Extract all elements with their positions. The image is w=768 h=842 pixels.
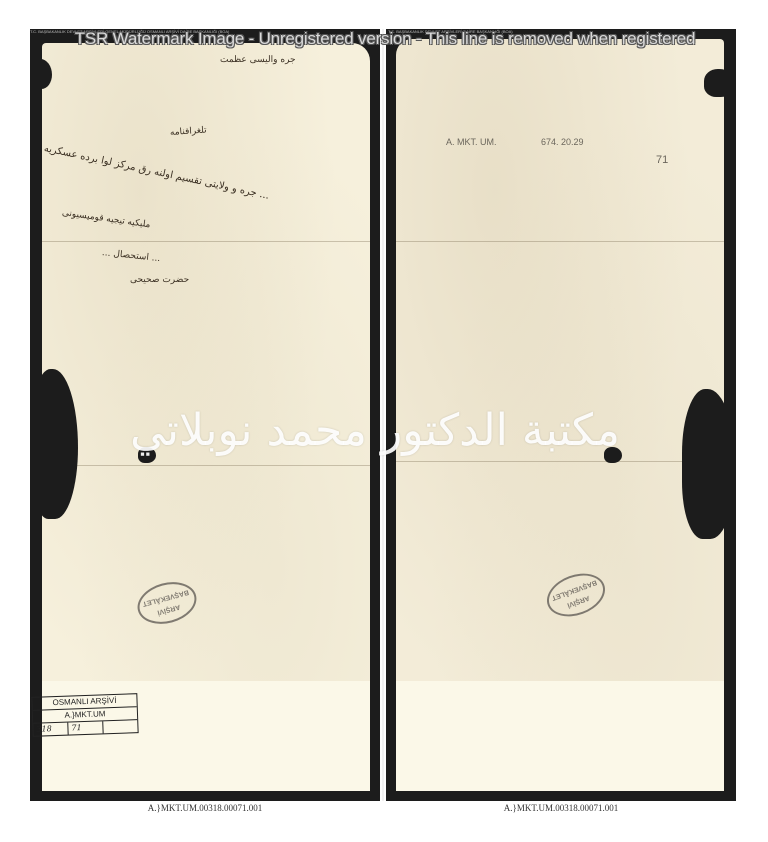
archive-label-file-number: 71 (68, 721, 103, 734)
arabic-library-watermark: مكتبة الدكتور محمد نوبلاتي (30, 405, 720, 456)
fold-line (396, 461, 724, 462)
fold-line (42, 241, 370, 242)
handwriting-line: ... استحصال ... (101, 248, 160, 264)
archive-stamp-oval: ARŞİVİ BAŞVEKÂLET (541, 566, 611, 624)
pencil-note-number: 674. 20.29 (541, 137, 584, 147)
caption-back: A.}MKT.UM.00318.00071.001 (386, 803, 736, 813)
unregistered-watermark-banner: TSR Watermark Image - Unregistered versi… (40, 29, 730, 49)
archive-label-box-number: 318 (33, 723, 68, 736)
handwriting-line: جره و ولایتی تقسیم اولنه رق مرکز لوا برد… (43, 143, 339, 216)
archive-stamp-oval: ARŞİVİ BAŞVEKÂLET (133, 576, 201, 630)
caption-front: A.}MKT.UM.00318.00071.001 (30, 803, 380, 813)
handwriting-line: تلغرافنامه (170, 125, 207, 138)
fold-line (396, 241, 724, 242)
handwriting-line: جره والیسی عظمت (220, 55, 296, 65)
damage-hole (30, 59, 52, 89)
pencil-note-reference: A. MKT. UM. (446, 137, 497, 147)
handwriting-line: ملیکیه تیجیه قومیسیونی (61, 208, 151, 230)
handwriting-signature: حضرت صحیحی (130, 275, 189, 285)
damage-hole (704, 69, 736, 97)
archive-label: OSMANLI ARŞİVİ A.}MKT.UM 318 71 (31, 693, 138, 737)
fold-line (42, 465, 370, 466)
pencil-note-folio: 71 (656, 154, 668, 166)
archive-label-blank (103, 720, 137, 733)
paper-lower-section (396, 681, 724, 791)
